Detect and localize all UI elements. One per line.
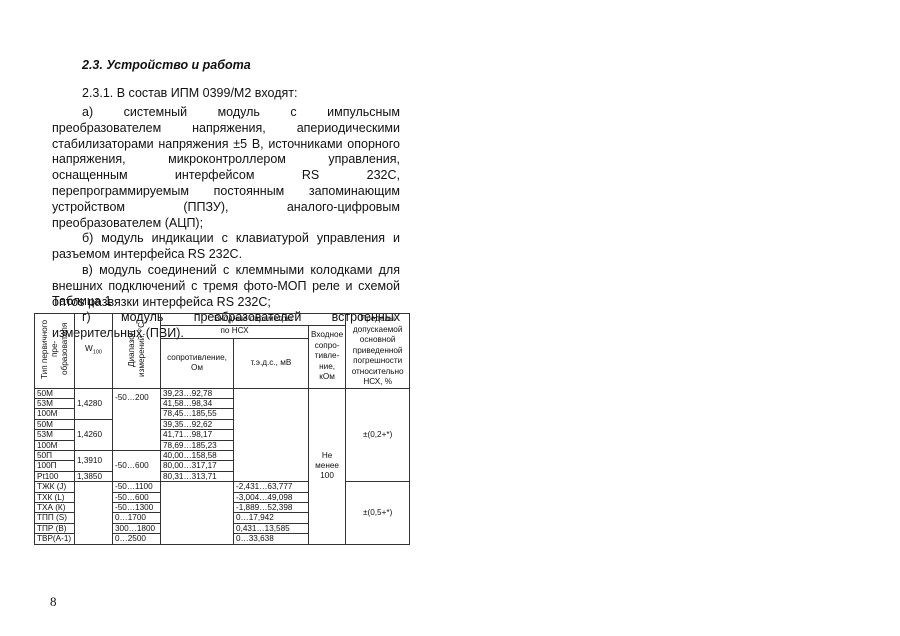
sensor-type-cell: 50М (35, 388, 75, 398)
resistance-empty-cell (161, 482, 234, 544)
resistance-cell: 80,00…317,17 (161, 461, 234, 471)
sensor-type-cell: 100М (35, 409, 75, 419)
resistance-cell: 80,31…313,71 (161, 471, 234, 481)
table-caption: Таблица 1 (52, 294, 111, 308)
resistance-cell: 40,00…158,58 (161, 450, 234, 460)
header-sensor-type: Тип первичного пре-образователя (35, 314, 75, 389)
resistance-cell: 41,58…98,34 (161, 398, 234, 408)
range-cell: -50…600 (113, 492, 161, 502)
emf-cell: 0,431…13,585 (234, 523, 309, 533)
table-row: ТЖК (J)-50…1100-2,431…63,777±(0,5+*) (35, 482, 410, 492)
document-page: 2.3. Устройство и работа 2.3.1. В состав… (0, 0, 900, 636)
table-row: 50М1,4280-50…20039,23…92,78Не менее 100±… (35, 388, 410, 398)
sensor-type-cell: 100П (35, 461, 75, 471)
header-error-limits: Пределы допускаемой основной приведенной… (346, 314, 410, 389)
paragraph-b: б) модуль индикации с клавиатурой управл… (52, 231, 400, 263)
section-heading: 2.3. Устройство и работа (82, 58, 251, 72)
header-input-resistance: Входное сопро-тивле-ние, кОм (309, 325, 346, 388)
range-cell: -50…1100 (113, 482, 161, 492)
emf-cell: 0…33,638 (234, 534, 309, 544)
error-limit-tc-cell: ±(0,5+*) (346, 482, 410, 544)
header-input-params: Входные параметры (161, 314, 346, 326)
section-intro: 2.3.1. В состав ИПМ 0399/М2 входят: (82, 86, 297, 100)
range-cell: 300…1800 (113, 523, 161, 533)
sensor-type-cell: 53М (35, 398, 75, 408)
emf-cell: -2,431…63,777 (234, 482, 309, 492)
emf-cell: 0…17,942 (234, 513, 309, 523)
sensor-type-cell: ТХК (L) (35, 492, 75, 502)
page-number: 8 (50, 594, 57, 610)
resistance-cell: 41,71…98,17 (161, 430, 234, 440)
range-cell: 0…2500 (113, 534, 161, 544)
w100-cell: 1,4280 (75, 388, 113, 419)
w100-cell: 1,3850 (75, 471, 113, 481)
emf-cell: -1,889…52,398 (234, 502, 309, 512)
w100-cell: 1,4260 (75, 419, 113, 450)
resistance-cell: 78,69…185,23 (161, 440, 234, 450)
sensor-type-cell: ТВР(А-1) (35, 534, 75, 544)
sensor-type-cell: ТЖК (J) (35, 482, 75, 492)
sensor-type-cell: ТПР (В) (35, 523, 75, 533)
error-limit-rtd-cell: ±(0,2+*) (346, 388, 410, 482)
sensor-type-cell: ТХА (К) (35, 502, 75, 512)
sensor-type-cell: 50П (35, 450, 75, 460)
resistance-cell: 39,23…92,78 (161, 388, 234, 398)
range-cell: -50…1300 (113, 502, 161, 512)
parameters-table: Тип первичного пре-образователя W100 Диа… (34, 313, 410, 545)
resistance-cell: 39,35…92,62 (161, 419, 234, 429)
header-range: Диапазон измерений, °C (113, 314, 161, 389)
w100-cell: 1,3910 (75, 450, 113, 471)
w100-empty-cell (75, 482, 113, 544)
header-resistance: сопротивление, Ом (161, 338, 234, 388)
header-w100: W100 (75, 314, 113, 389)
emf-empty-cell (234, 388, 309, 482)
sensor-type-cell: Pt100 (35, 471, 75, 481)
header-by-nsx: по НСХ (161, 325, 309, 338)
header-emf: т.э.д.с., мВ (234, 338, 309, 388)
paragraph-a: а) системный модуль с импульсным преобра… (52, 105, 400, 231)
emf-cell: -3,004…49,098 (234, 492, 309, 502)
range-cell: -50…600 (113, 450, 161, 481)
sensor-type-cell: 53М (35, 430, 75, 440)
range-cell: 0…1700 (113, 513, 161, 523)
sensor-type-cell: ТПП (S) (35, 513, 75, 523)
input-resistance-cell: Не менее 100 (309, 388, 346, 544)
table-body: 50М1,4280-50…20039,23…92,78Не менее 100±… (35, 388, 410, 544)
sensor-type-cell: 50М (35, 419, 75, 429)
range-cell: -50…200 (113, 388, 161, 450)
sensor-type-cell: 100М (35, 440, 75, 450)
resistance-cell: 78,45…185,55 (161, 409, 234, 419)
